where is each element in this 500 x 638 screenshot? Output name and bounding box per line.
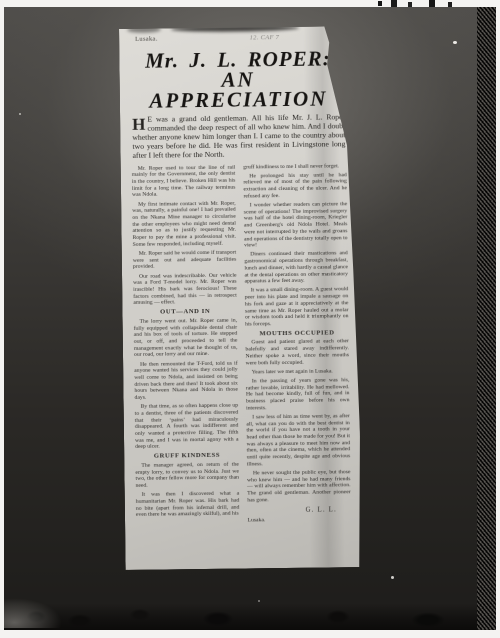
photo-print: Lusaka. 12. CAF 7 Mr. J. L. ROPER:AN APP… [0,0,500,638]
column-paragraph: I wonder whether readers can picture the… [244,201,348,249]
column-paragraph: He then remounted the T-Ford, told us if… [134,360,238,401]
newspaper-clipping: Lusaka. 12. CAF 7 Mr. J. L. ROPER:AN APP… [119,26,362,570]
column-paragraph: Our road was indescribable. Our vehicle … [133,272,237,307]
clipping-top-row: Lusaka. 12. CAF 7 [130,32,345,44]
headline-line2: AN APPRECIATION [149,67,327,112]
column-paragraph: gruff kindliness to me I shall never for… [243,163,347,171]
headline: Mr. J. L. ROPER:AN APPRECIATION [130,48,346,111]
backdrop-corner-highlight [4,598,62,628]
dust-speck [453,41,457,44]
handwritten-note: 12. CAF 7 [250,33,280,42]
column-paragraph: Diners continued their mastications and … [244,251,348,286]
column-paragraph: It was then I discovered what a humanita… [136,491,240,519]
column-paragraph: Guest and patient glared at each other b… [245,339,349,367]
column-paragraph: By that time, as so often happens close … [135,403,239,451]
column-right: gruff kindliness to me I shall never for… [243,163,351,525]
column-subhead: GRUFF KINDNESS [135,453,239,461]
column-paragraph: The lorry went out. Mr. Roper came in, f… [134,317,238,358]
column-paragraph: It was a small dining-room. A guest woul… [245,287,349,328]
column-paragraph: He prolonged his stay until he had relie… [243,172,347,200]
dust-speck [391,576,394,579]
dust-speck [258,600,260,602]
dateline: Lusaka. [135,35,158,44]
film-edge-texture [477,7,496,630]
column-subhead: MOUTHS OCCUPIED [245,330,349,338]
column-paragraph: In the passing of years gone was his, ra… [246,377,350,412]
column-left: Mr. Roper used to tour the line of rail … [132,164,240,526]
column-paragraph: Years later we met again in Lusaka. [246,368,350,376]
column-paragraph: Mr. Roper said he would come if transpor… [133,250,237,271]
lede-paragraph: HE was a grand old gentleman. All his li… [132,113,346,160]
signature: G. L. L. [247,507,351,515]
dust-speck [19,113,21,115]
lede-text: E was a grand old gentleman. All his lif… [132,112,345,159]
article-columns: Mr. Roper used to tour the line of rail … [132,163,351,526]
column-paragraph: He never sought the public eye, but thos… [247,469,351,504]
column-paragraph: Mr. Roper used to tour the line of rail … [132,164,236,199]
drop-cap: H [132,116,147,132]
column-paragraph: My first intimate contact with Mr. Roper… [132,200,236,248]
column-paragraph: The manager agreed, on return of the emp… [135,461,239,489]
frame-marks [378,1,382,6]
column-subhead: OUT—AND IN [133,309,237,317]
backdrop-bottom-shadow [4,604,477,630]
column-paragraph: I saw less of him as time went by, as af… [246,413,350,468]
signoff-place: Lusaka. [247,516,351,524]
